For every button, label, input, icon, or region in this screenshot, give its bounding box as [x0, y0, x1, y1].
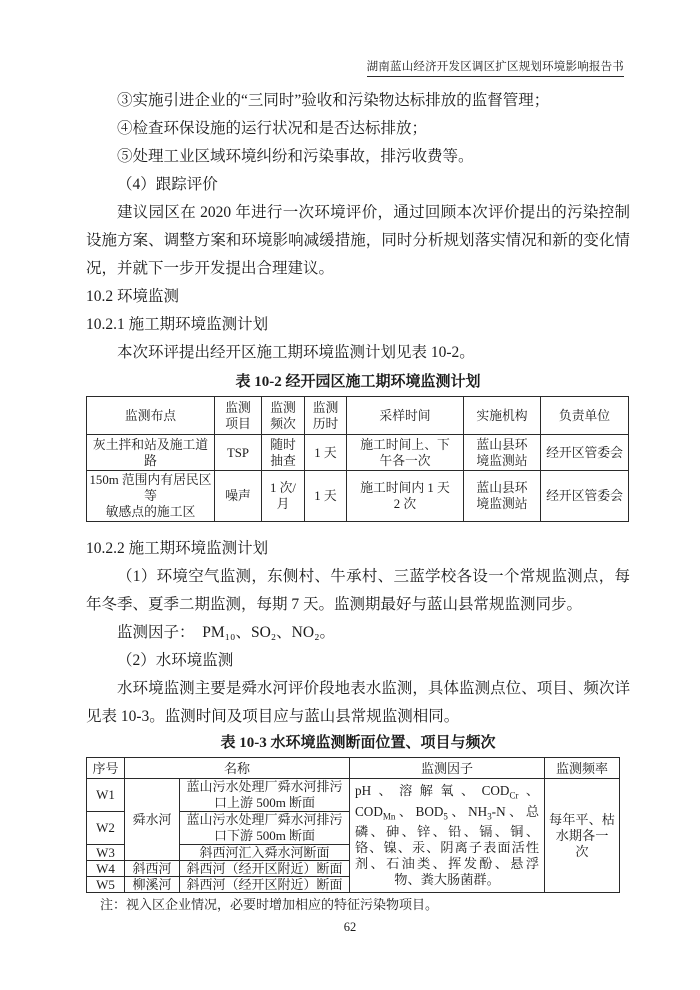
- page-content: ③实施引进企业的“三同时”验收和污染物达标排放的监督管理； ④检查环保设施的运行…: [0, 75, 700, 915]
- report-title: 湖南蓝山经济开发区调区扩区规划环境影响报告书: [367, 61, 624, 77]
- cell-monitoring-factors: pH、溶解氧、CODCr、CODMn、BOD5、NH3-N、总磷、砷、锌、铅、镉…: [350, 779, 545, 893]
- col-header-monitoring-item: 监测 项目: [215, 397, 262, 435]
- cell-sampling-time: 施工时间内 1 天 2 次: [347, 471, 464, 522]
- col-header-serial-number: 序号: [87, 758, 125, 779]
- table-header-row: 监测布点 监测 项目 监测 频次 监测 历时 采样时间 实施机构 负责单位: [87, 397, 629, 435]
- cell-item: 噪声: [215, 471, 262, 522]
- cell-id: W3: [87, 845, 125, 861]
- cell-river-xiexi: 斜西河: [125, 861, 180, 877]
- list-item-3: ③实施引进企业的“三同时”验收和污染物达标排放的监督管理；: [86, 87, 630, 115]
- paragraph-10-2-1: 本次环评提出经开区施工期环境监测计划见表 10-2。: [86, 339, 630, 367]
- heading-10-2-2: 10.2.2 施工期环境监测计划: [86, 535, 630, 563]
- cell-duration: 1 天: [305, 435, 347, 471]
- page-number: 62: [0, 920, 700, 935]
- table-row-w1: W1 舜水河 蓝山污水处理厂舜水河排污 口上游 500m 断面 pH、溶解氧、C…: [87, 779, 620, 812]
- cell-id: W2: [87, 812, 125, 845]
- cell-location: 150m 范围内有居民区等 敏感点的施工区: [87, 471, 215, 522]
- cell-duration: 1 天: [305, 471, 347, 522]
- table-10-2: 监测布点 监测 项目 监测 频次 监测 历时 采样时间 实施机构 负责单位 灰土…: [86, 396, 629, 522]
- heading-10-2: 10.2 环境监测: [86, 283, 630, 311]
- col-header-monitoring-frequency: 监测 频次: [262, 397, 305, 435]
- cell-id: W1: [87, 779, 125, 812]
- cell-section: 斜西河汇入舜水河断面: [180, 845, 350, 861]
- col-header-implementing-agency: 实施机构: [464, 397, 541, 435]
- cell-unit: 经开区管委会: [541, 435, 629, 471]
- cell-river-liuxi: 柳溪河: [125, 877, 180, 893]
- tracking-evaluation-title: （4）跟踪评价: [86, 171, 630, 199]
- paragraph-air-monitoring: （1）环境空气监测，东侧村、牛承村、三蓝学校各设一个常规监测点，每年冬季、夏季二…: [86, 563, 630, 619]
- col-header-monitoring-location: 监测布点: [87, 397, 215, 435]
- heading-10-2-1: 10.2.1 施工期环境监测计划: [86, 311, 630, 339]
- col-header-sampling-time: 采样时间: [347, 397, 464, 435]
- col-header-name: 名称: [125, 758, 350, 779]
- cell-agency: 蓝山县环 境监测站: [464, 435, 541, 471]
- cell-sampling-time: 施工时间上、下 午各一次: [347, 435, 464, 471]
- col-header-monitoring-factors: 监测因子: [350, 758, 545, 779]
- page-header: 湖南蓝山经济开发区调区扩区规划环境影响报告书: [0, 0, 700, 75]
- cell-id: W5: [87, 877, 125, 893]
- paragraph-water-monitoring: 水环境监测主要是舜水河评价段地表水监测，具体监测点位、项目、频次详见表 10-3…: [86, 675, 630, 731]
- cell-section: 蓝山污水处理厂舜水河排污 口上游 500m 断面: [180, 779, 350, 812]
- cell-item: TSP: [215, 435, 262, 471]
- col-header-monitoring-duration: 监测 历时: [305, 397, 347, 435]
- monitoring-factors-line: 监测因子： PM₁₀、SO₂、NO₂。: [86, 619, 630, 647]
- table-row: 灰土拌和站及施工道路 TSP 随时 抽查 1 天 施工时间上、下 午各一次 蓝山…: [87, 435, 629, 471]
- cell-frequency: 1 次/ 月: [262, 471, 305, 522]
- table-header-row: 序号 名称 监测因子 监测频率: [87, 758, 620, 779]
- cell-location: 灰土拌和站及施工道路: [87, 435, 215, 471]
- cell-unit: 经开区管委会: [541, 471, 629, 522]
- water-monitoring-title: （2）水环境监测: [86, 647, 630, 675]
- table-10-3-title: 表 10-3 水环境监测断面位置、项目与频次: [86, 731, 630, 756]
- cell-river-shunshui: 舜水河: [125, 779, 180, 861]
- col-header-responsible-unit: 负责单位: [541, 397, 629, 435]
- document-page: 湖南蓝山经济开发区调区扩区规划环境影响报告书 ③实施引进企业的“三同时”验收和污…: [0, 0, 700, 990]
- list-item-5: ⑤处理工业区域环境纠纷和污染事故，排污收费等。: [86, 143, 630, 171]
- cell-frequency: 随时 抽查: [262, 435, 305, 471]
- col-header-monitoring-rate: 监测频率: [545, 758, 620, 779]
- list-item-4: ④检查环保设施的运行状况和是否达标排放；: [86, 115, 630, 143]
- cell-section: 斜西河（经开区附近）断面: [180, 877, 350, 893]
- cell-monitoring-rate: 每年平、枯 水期各一 次: [545, 779, 620, 893]
- cell-agency: 蓝山县环 境监测站: [464, 471, 541, 522]
- table-row: 150m 范围内有居民区等 敏感点的施工区 噪声 1 次/ 月 1 天 施工时间…: [87, 471, 629, 522]
- table-10-2-title: 表 10-2 经开园区施工期环境监测计划: [86, 369, 630, 395]
- cell-id: W4: [87, 861, 125, 877]
- table-10-3: 序号 名称 监测因子 监测频率 W1 舜水河 蓝山污水处理厂舜水河排污 口上游 …: [86, 757, 620, 893]
- cell-section: 斜西河（经开区附近）断面: [180, 861, 350, 877]
- tracking-evaluation-paragraph: 建议园区在 2020 年进行一次环境评价，通过回顾本次评价提出的污染控制设施方案…: [86, 199, 630, 283]
- cell-section: 蓝山污水处理厂舜水河排污 口下游 500m 断面: [180, 812, 350, 845]
- table-note: 注：视入区企业情况，必要时增加相应的特征污染物项目。: [86, 894, 630, 915]
